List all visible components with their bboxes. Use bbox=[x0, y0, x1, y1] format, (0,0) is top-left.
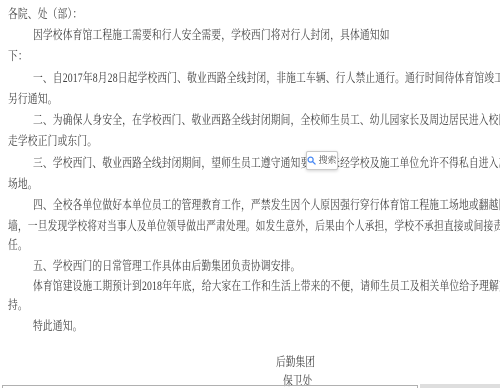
document-line-15: 持。 bbox=[8, 299, 28, 313]
document-line-13: 五、学校西门的日常管理工作具体由后勤集团负责协调安排。 bbox=[33, 260, 300, 274]
search-button-label: 搜索 bbox=[318, 156, 336, 165]
text-selection-search-button[interactable]: 搜索 bbox=[306, 151, 338, 170]
signature-unit-1: 后勤集团 bbox=[276, 356, 315, 369]
document-line-3: 下： bbox=[8, 50, 28, 64]
document-line-9: 场地。 bbox=[8, 178, 38, 192]
document-line-11: 墙，一旦发现学校将对当事人及单位领导做出严肃处理。如发生意外，后果由个人承担，学… bbox=[8, 220, 500, 234]
document-line-1: 各院、处（部）： bbox=[8, 8, 82, 22]
document-line-16: 特此通知。 bbox=[33, 320, 83, 334]
magnifier-icon bbox=[307, 156, 316, 165]
bottom-right-divider bbox=[420, 384, 500, 388]
document-line-10: 四、全校各单位做好本单位员工的管理教育工作，严禁发生因个人原因强行穿行体育馆工程… bbox=[33, 199, 500, 213]
document-line-7: 走学校正门或东门。 bbox=[8, 135, 97, 149]
document-line-12: 任。 bbox=[8, 239, 28, 253]
document-line-6: 二、为确保人身安全，在学校西门、敬业西路全线封闭期间，全校师生员工、幼儿园家长及… bbox=[33, 114, 500, 128]
document-line-2: 因学校体育馆工程施工需要和行人安全需要，学校西门将对行人封闭，具体通知如 bbox=[33, 29, 390, 43]
document-line-4: 一、自2017年8月28日起学校西门、敬业西路全线封闭，非施工车辆、行人禁止通行… bbox=[33, 72, 500, 86]
document-line-14: 体育馆建设施工期预计到2018年年底，给大家在工作和生活上带来的不便，请师生员工… bbox=[33, 280, 500, 294]
document-line-8: 三、学校西门、敬业西路全线封闭期间，望师生员工遵守通知要求，未经学校及施工单位允… bbox=[33, 157, 500, 171]
notice-document-page: 各院、处（部）：因学校体育馆工程施工需要和行人安全需要，学校西门将对行人封闭，具… bbox=[0, 0, 500, 388]
document-line-5: 另行通知。 bbox=[8, 93, 58, 107]
